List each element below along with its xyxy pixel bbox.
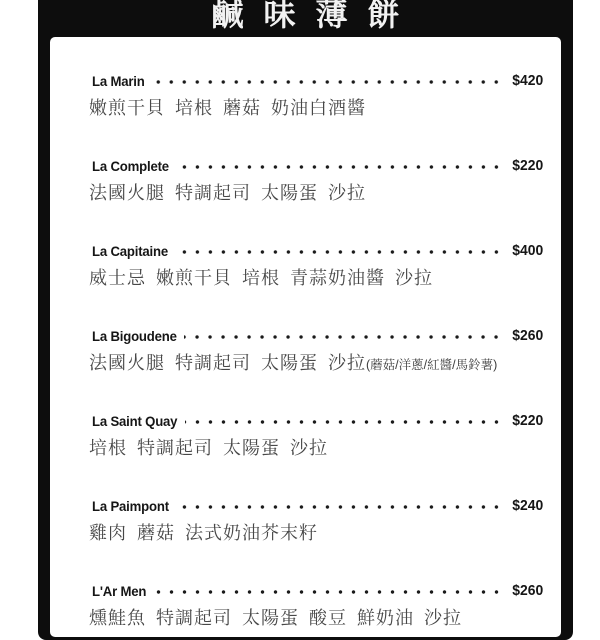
item-price: $260	[512, 329, 543, 344]
menu-item-list: La Marin $420 嫩煎干貝 培根 蘑菇 奶油白酒醬 La Comple…	[50, 37, 561, 600]
dotted-leader	[176, 504, 503, 510]
item-name-row: La Capitaine $400	[92, 244, 543, 259]
item-name-row: La Marin $420	[92, 74, 543, 89]
item-name-row: L'Ar Men $260	[92, 584, 543, 599]
menu-item: La Bigoudene $260 法國火腿 特調起司 太陽蛋 沙拉(蘑菇/洋蔥…	[92, 329, 543, 376]
item-price: $420	[512, 74, 543, 89]
item-price: $400	[512, 244, 543, 259]
item-description: 雞肉 蘑菇 法式奶油芥末籽	[89, 523, 543, 546]
item-name-row: La Bigoudene $260	[92, 329, 543, 344]
item-description: 威士忌 嫩煎干貝 培根 青蒜奶油醬 沙拉	[89, 268, 543, 291]
item-description: 培根 特調起司 太陽蛋 沙拉	[89, 438, 543, 461]
item-name-row: La Complete $220	[92, 159, 543, 174]
item-ingredients: 威士忌 嫩煎干貝 培根 青蒜奶油醬 沙拉	[89, 268, 433, 288]
item-name: La Bigoudene	[92, 329, 177, 344]
item-description: 法國火腿 特調起司 太陽蛋 沙拉	[89, 183, 543, 206]
item-name: La Complete	[92, 159, 169, 174]
item-ingredients: 嫩煎干貝 培根 蘑菇 奶油白酒醬	[89, 98, 366, 118]
item-name: La Marin	[92, 74, 145, 89]
item-ingredients: 法國火腿 特調起司 太陽蛋 沙拉	[89, 183, 366, 203]
item-note: (蘑菇/洋蔥/紅醬/馬鈴薯)	[366, 358, 497, 372]
item-price: $220	[512, 159, 543, 174]
item-description: 嫩煎干貝 培根 蘑菇 奶油白酒醬	[89, 98, 543, 121]
item-ingredients: 法國火腿 特調起司 太陽蛋 沙拉	[89, 353, 366, 373]
item-name-row: La Saint Quay $220	[92, 414, 543, 429]
menu-item: L'Ar Men $260 燻鮭魚 特調起司 太陽蛋 酸豆 鮮奶油 沙拉	[92, 584, 543, 600]
menu-item: La Saint Quay $220 培根 特調起司 太陽蛋 沙拉	[92, 414, 543, 461]
menu-card: La Marin $420 嫩煎干貝 培根 蘑菇 奶油白酒醬 La Comple…	[50, 37, 561, 600]
item-price: $240	[512, 499, 543, 514]
item-description: 法國火腿 特調起司 太陽蛋 沙拉(蘑菇/洋蔥/紅醬/馬鈴薯)	[89, 353, 543, 376]
item-ingredients: 雞肉 蘑菇 法式奶油芥末籽	[89, 523, 318, 543]
dotted-leader	[176, 164, 503, 170]
dotted-leader	[185, 419, 503, 425]
menu-frame: 鹹味薄餅 La Marin $420 嫩煎干貝 培根 蘑菇 奶油白酒醬 La C…	[38, 0, 573, 600]
dotted-leader	[152, 589, 503, 595]
item-ingredients: 培根 特調起司 太陽蛋 沙拉	[89, 438, 328, 458]
item-price: $260	[512, 584, 543, 599]
dotted-leader	[184, 334, 503, 340]
item-name-row: La Paimpont $240	[92, 499, 543, 514]
menu-section-title: 鹹味薄餅	[38, 0, 573, 34]
item-price: $220	[512, 414, 543, 429]
menu-item: La Capitaine $400 威士忌 嫩煎干貝 培根 青蒜奶油醬 沙拉	[92, 244, 543, 291]
item-name: La Capitaine	[92, 244, 168, 259]
item-name: La Saint Quay	[92, 414, 177, 429]
menu-item: La Marin $420 嫩煎干貝 培根 蘑菇 奶油白酒醬	[92, 74, 543, 121]
dotted-leader	[150, 79, 503, 85]
item-name: La Paimpont	[92, 499, 169, 514]
dotted-leader	[175, 249, 503, 255]
menu-item: La Complete $220 法國火腿 特調起司 太陽蛋 沙拉	[92, 159, 543, 206]
menu-item: La Paimpont $240 雞肉 蘑菇 法式奶油芥末籽	[92, 499, 543, 546]
item-name: L'Ar Men	[92, 584, 146, 599]
